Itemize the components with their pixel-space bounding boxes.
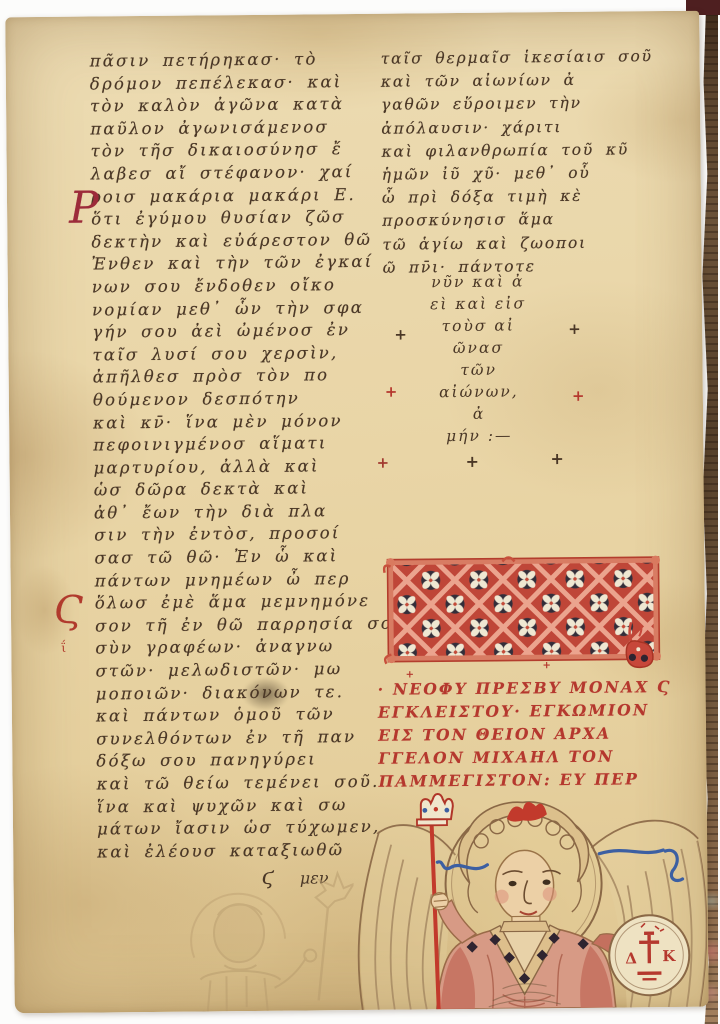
face — [495, 850, 554, 921]
text-line: προσκύνησισ ἅμα — [382, 207, 657, 233]
text-line: ὡσ δῶρα δεκτὰ καὶ — [94, 477, 399, 503]
cross-mark: + — [406, 670, 414, 680]
orb-letter-left: Δ — [625, 949, 637, 967]
text-line: νων σου ἔνδοθεν οἴκο — [92, 274, 397, 300]
rubric-line: ΕΙΣ ΤΟΝ ΘΕΙΟΝ ΑΡΧΑ — [378, 721, 688, 747]
cross-mark: + — [542, 661, 550, 671]
rubric-title: · ΝΕΟΦΥ ΠΡΕΣΒΥ ΜΟΝΑΧ ϚΕΓΚΛΕΙΣΤΟΥ· ΕΓΚΩΜΙ… — [378, 675, 689, 793]
text-line: μήν :— — [381, 424, 577, 448]
text-line: σον τῆ ἐν θῶ παρρησία σοῦ. — [95, 612, 400, 638]
hand — [431, 893, 448, 910]
hang-text: μεν — [300, 868, 329, 887]
text-line: σιν τὴν ἐντὸσ, προσοί — [94, 522, 399, 548]
red-marginal-mark: ΐ — [61, 641, 66, 655]
text-line: ὅτι ἐγύμου θυσίαν ζῶσ — [91, 206, 396, 232]
text-line: ἵνα καὶ ψυχῶν καὶ σω — [97, 793, 402, 819]
hair — [458, 801, 589, 883]
text-line: καὶ κν̄· ἵνα μὲν μόνον — [93, 409, 398, 435]
text-line: ὅλωσ ἐμὲ ἅμα μεμνημόνε — [95, 590, 400, 616]
text-line: ῶνασ — [380, 336, 576, 360]
text-line: νομίαν μεθ᾽ ὧν τὴν σφα — [92, 296, 397, 322]
text-line: εὶ καὶ εἰσ — [380, 292, 576, 316]
text-line: μάτων ἴασιν ὡσ τύχωμεν, — [97, 816, 402, 842]
text-line: τὸν καλὸν ἀγῶνα κατὰ — [90, 93, 395, 119]
cross-mark: + — [385, 385, 398, 400]
red-initial-rho: Ρ — [69, 186, 99, 230]
text-line: ἡμῶν ἰῦ χῦ· μεθ᾽ οὗ — [382, 161, 657, 187]
cross-mark: + — [394, 328, 407, 343]
cross-mark: + — [465, 454, 479, 470]
text-line: λαβεσ αἴ στέφανον· χαί — [91, 161, 396, 187]
hanging-word: ϛμεν — [261, 864, 328, 890]
flourish-glyph: ϛ — [261, 865, 274, 890]
text-line: πᾶσιν πετήρηκασ· τὸ — [90, 48, 395, 74]
text-line: καὶ φιλανθρωπία τοῦ κῦ — [381, 138, 656, 164]
rubric-line: ΓΓΕΛΟΝ ΜΙΧΑΗΛ ΤΟΝ — [378, 744, 688, 770]
cross-mark: + — [550, 451, 564, 467]
tapering-colophon: νῦν καὶ ἀεὶ καὶ εἰστοὺσ αἰῶναστῶναἰώνων,… — [380, 270, 578, 448]
text-line: ἀπῆλθεσ πρὸσ τὸν πο — [93, 364, 398, 390]
lattice-band — [390, 560, 656, 659]
rubric-line: ΠΑΜΜΕΓΙΣΤΟΝ: ΕΥ ΠΕΡ — [378, 767, 688, 793]
cross-mark: + — [572, 389, 585, 404]
text-line: συνελθόντων ἐν τῆ παν — [96, 725, 401, 751]
text-line: καὶ τῶ θείω τεμένει σοῦ. — [96, 771, 401, 797]
text-line: ροισ μακάρια μακάρι Ε. — [91, 183, 396, 209]
text-line: τῶν — [381, 358, 577, 382]
scepter-icon — [417, 794, 455, 1010]
text-line: παῦλον ἀγωνισάμενοσ — [90, 115, 395, 141]
collar-gems — [466, 932, 589, 984]
text-line: αἰώνων, — [381, 380, 577, 404]
jeweled-collar — [490, 925, 561, 995]
text-line: νῦν καὶ ἀ — [380, 270, 576, 294]
text-line: καὶ ἐλέουσ καταξιωθῶ — [97, 838, 402, 864]
text-line: ἀθ᾽ ἔων τὴν διὰ πλα — [94, 499, 399, 525]
text-line: Ἐνθεν καὶ τὴν τῶν ἐγκαί — [92, 251, 397, 277]
orb-letter-right: Κ — [662, 947, 676, 965]
text-line: πάντων μνημέων ὦ περ — [95, 567, 400, 593]
text-line: θούμενον δεσπότην — [93, 387, 398, 413]
text-line: δρόμον πεπέλεκασ· καὶ — [90, 70, 395, 96]
text-line: τοὺσ αἰ — [380, 314, 576, 338]
text-line: γήν σου ἀεὶ ὠμένοσ ἐν — [92, 319, 397, 345]
garment — [436, 926, 616, 1010]
right-text-column: ταῖσ θερμαῖσ ἱκεσίαισ σοῦκαὶ τῶν αἰωνίων… — [381, 45, 658, 280]
text-line: γαθῶν εὕροιμεν τὴν — [381, 91, 656, 117]
right-wing — [591, 820, 707, 1008]
crown-finial — [421, 794, 453, 820]
rubric-line: ΕΓΚΛΕΙΣΤΟΥ· ΕΓΚΩΜΙΟΝ — [378, 698, 688, 724]
cross-mark: + — [568, 322, 581, 337]
text-line: ἀ — [381, 402, 577, 426]
text-line: καὶ πάντων ὁμοῦ τῶν — [96, 703, 401, 729]
text-line: καὶ τῶν αἰωνίων ἀ — [381, 68, 656, 94]
text-line: μοποιῶν· διακόνων τε. — [96, 680, 401, 706]
text-line: ταῖσ λυσί σου χερσὶν, — [92, 341, 397, 367]
text-line: ἀπόλαυσιν· χάριτι — [381, 115, 656, 141]
red-initial-stigma: Ϛ — [54, 591, 83, 629]
text-line: σὺν γραφέων· ἀναγνω — [95, 635, 400, 661]
text-line: δόξω σου πανηγύρει — [96, 748, 401, 774]
ivy-leaf-finial — [626, 622, 653, 667]
globus-cross-orb: Δ Κ — [609, 915, 690, 996]
text-line: μαρτυρίου, ἀλλὰ καὶ — [93, 454, 398, 480]
text-line: σασ τῶ θῶ· Ἐν ὧ καὶ — [94, 545, 399, 571]
text-line: ταῖσ θερμαῖσ ἱκεσίαισ σοῦ — [381, 45, 656, 71]
text-line: στῶν· μελωδιστῶν· μω — [95, 658, 400, 684]
text-line: ὦ πρὶ δόξα τιμὴ κὲ — [382, 184, 657, 210]
head-ribbons — [437, 850, 682, 883]
text-line: πεφοινιγμένοσ αἵματι — [93, 432, 398, 458]
topknot — [507, 802, 547, 822]
manuscript-photo: πᾶσιν πετήρηκασ· τὸδρόμον πεπέλεκασ· καὶ… — [0, 0, 720, 1024]
text-line: τῶ ἁγίω καὶ ζωοποι — [382, 231, 657, 257]
halo — [445, 805, 602, 962]
manuscript-page: πᾶσιν πετήρηκασ· τὸδρόμον πεπέλεκασ· καὶ… — [5, 11, 709, 1014]
text-line: δεκτὴν καὶ εὐάρεστον θῶ — [91, 228, 396, 254]
cross-mark: + — [376, 456, 389, 471]
left-text-column: πᾶσιν πετήρηκασ· τὸδρόμον πεπέλεκασ· καὶ… — [90, 48, 403, 864]
text-line: τὸν τῆσ δικαιοσύνησ ἔ — [90, 138, 395, 164]
rubric-line: · ΝΕΟΦΥ ΠΡΕΣΒΥ ΜΟΝΑΧ Ϛ — [378, 675, 688, 701]
